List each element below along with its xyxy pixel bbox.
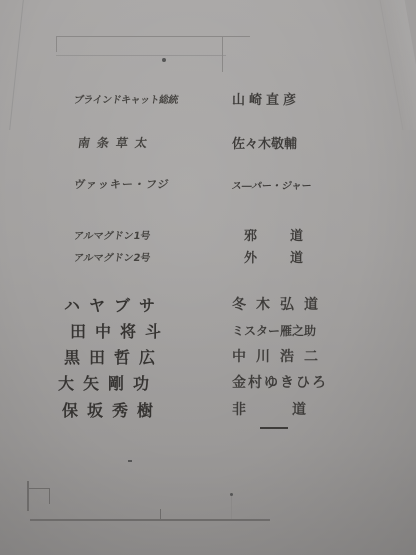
actor-name: 中川浩二 (232, 346, 328, 366)
page-edge (380, 0, 416, 130)
top-frame-inner-line (56, 55, 226, 56)
bottom-frame-line (30, 519, 270, 521)
role-name: ヴァッキー・フジ (73, 176, 171, 192)
dash-mark (260, 427, 288, 429)
actor-name: 非 道 (232, 399, 322, 419)
bottom-frame-left-tick (27, 481, 29, 511)
actor-name: 邪 道 (244, 225, 313, 244)
actor-name: ミスター雁之助 (232, 322, 316, 339)
role-name: 大矢剛功 (58, 371, 158, 394)
actor-name: 佐々木敬輔 (232, 133, 297, 152)
role-name: アルマグドン2号 (73, 249, 152, 264)
actor-name: 山崎直彦 (232, 89, 300, 108)
role-name: 黒田哲広 (64, 345, 164, 368)
role-name: 田中将斗 (70, 319, 170, 342)
role-name: 保坂秀樹 (62, 398, 162, 421)
actor-name: ス―パー・ジャー (231, 177, 313, 192)
bottom-frame-dot (230, 493, 233, 496)
role-name: ブラインドキャット総統 (73, 91, 179, 106)
bottom-frame-bracket-drop (49, 488, 50, 504)
top-frame-line (56, 36, 250, 37)
photo-vignette (0, 0, 416, 555)
bottom-frame-right-tick (231, 496, 232, 519)
top-frame-dot (162, 58, 166, 62)
actor-name: 冬木弘道 (232, 294, 328, 314)
actor-name: 金村ゆきひろ (232, 372, 328, 392)
top-frame-left-tick (56, 36, 57, 52)
role-name: 南条草太 (77, 134, 155, 151)
bottom-frame-mid-tick (160, 509, 161, 520)
bottom-mark (128, 460, 132, 462)
actor-name: 外 道 (244, 247, 313, 266)
role-name: アルマグドン1号 (73, 227, 152, 242)
bottom-frame-bracket (27, 488, 49, 489)
page-crease (0, 0, 24, 130)
role-name: ハヤブサ (64, 293, 164, 316)
top-frame-right-tick (222, 36, 223, 72)
